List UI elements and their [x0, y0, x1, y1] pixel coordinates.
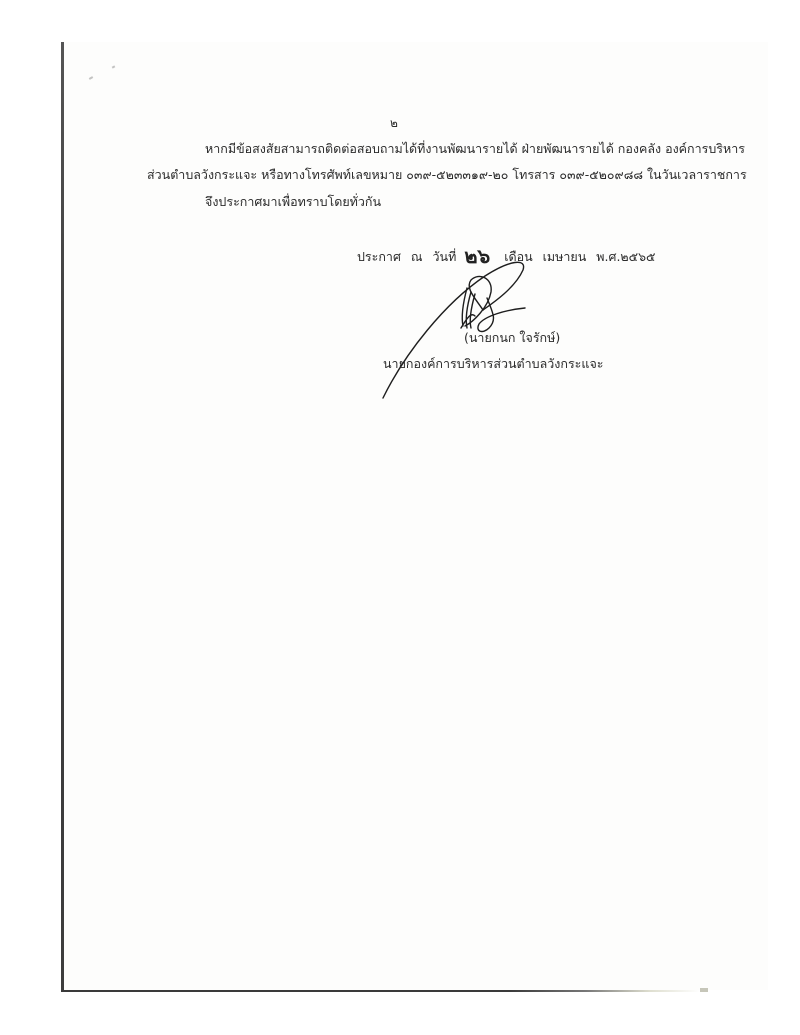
closing-paragraph: จึงประกาศมาเพื่อทราบโดยทั่วกัน — [205, 196, 381, 209]
scan-corner-mark — [700, 988, 708, 992]
year-value: พ.ศ.๒๕๖๕ — [596, 251, 655, 264]
scan-edge-bottom — [61, 990, 701, 992]
scan-edge-left — [61, 42, 64, 992]
month-value: เมษายน — [543, 251, 587, 264]
contact-paragraph-line-2: ส่วนตำบลวังกระแจะ หรือทางโทรศัพท์เลขหมาย… — [147, 169, 747, 182]
document-sheet — [62, 42, 768, 990]
contact-paragraph-line-1: หากมีข้อสงสัยสามารถติดต่อสอบถามได้ที่งาน… — [205, 143, 745, 156]
signer-name: (นายกนก ใจรักษ์) — [464, 332, 560, 345]
scanned-page: ๒ หากมีข้อสงสัยสามารถติดต่อสอบถามได้ที่ง… — [0, 0, 800, 1035]
page-number: ๒ — [390, 117, 398, 129]
signer-title: นายกองค์การบริหารส่วนตำบลวังกระแจะ — [383, 358, 604, 371]
